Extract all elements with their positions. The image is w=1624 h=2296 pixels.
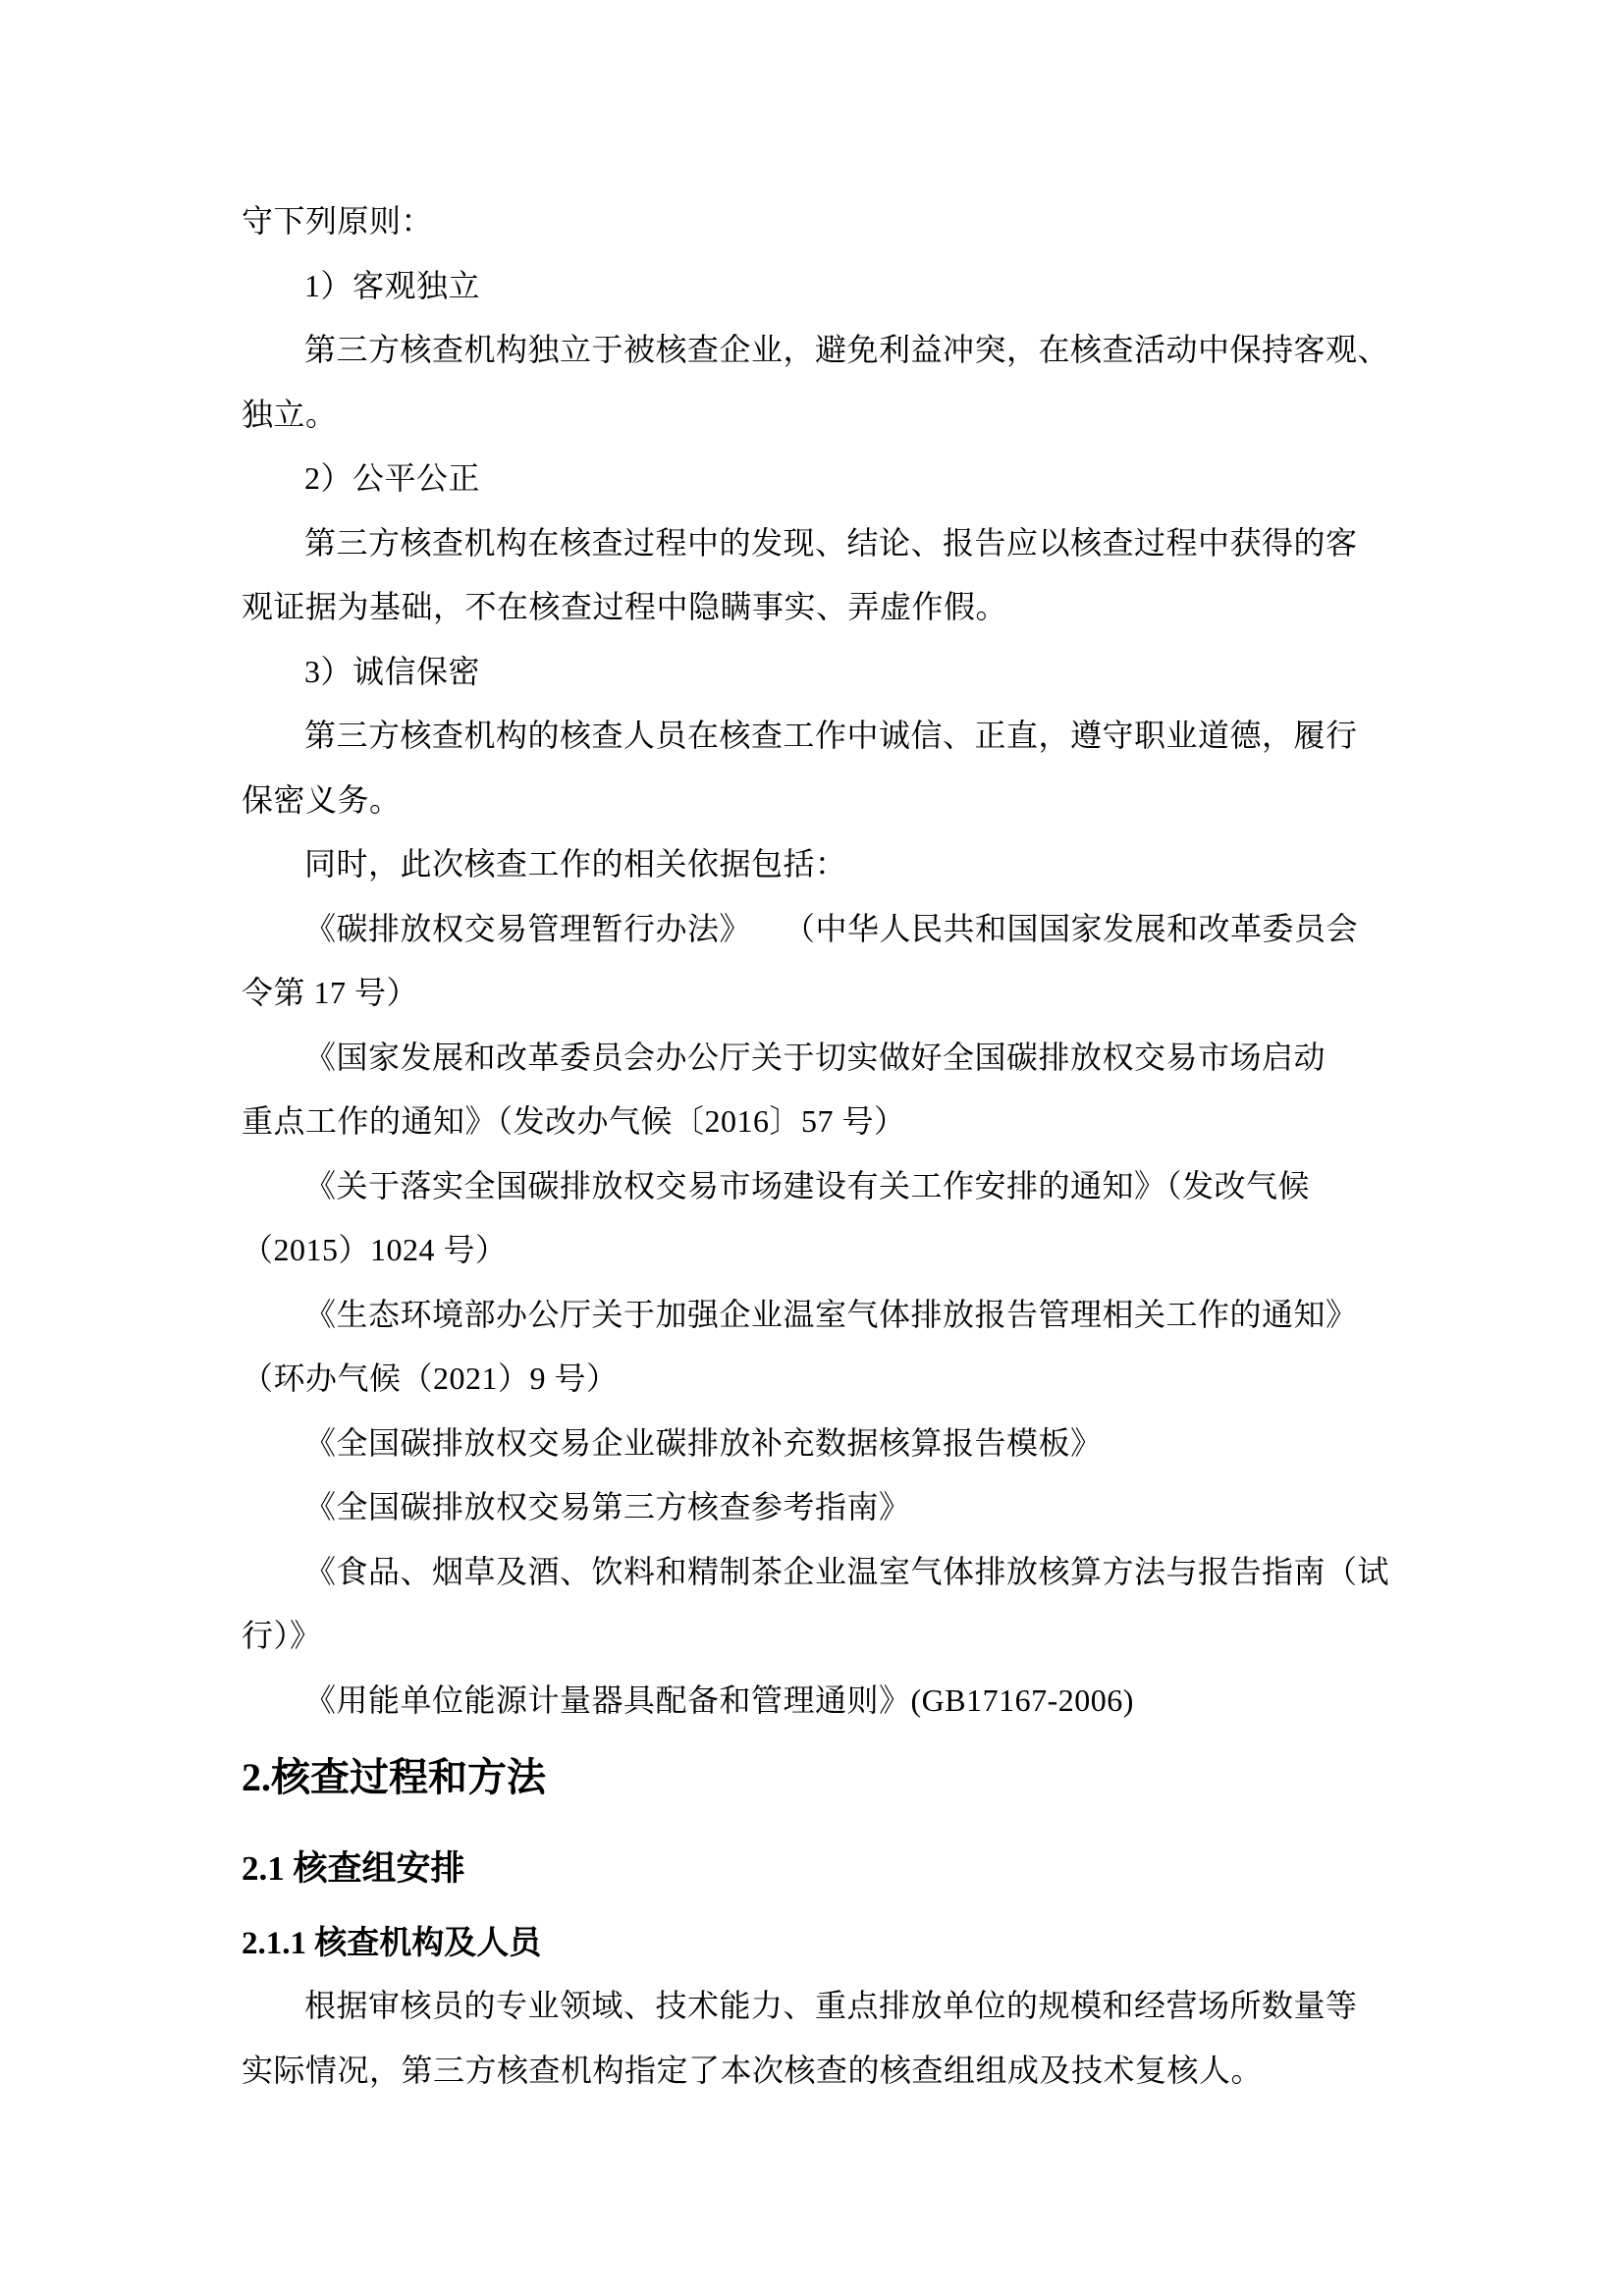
text-line: 令第 17 号）	[242, 961, 1380, 1026]
text-line: 《碳排放权交易管理暂行办法》 （中华人民共和国国家发展和改革委员会	[242, 897, 1380, 962]
text-line: 《生态环境部办公厅关于加强企业温室气体排放报告管理相关工作的通知》	[242, 1283, 1380, 1348]
text-line: 守下列原则：	[242, 189, 1380, 254]
document-page: 守下列原则：1）客观独立第三方核查机构独立于被核查企业，避免利益冲突，在核查活动…	[0, 0, 1624, 2296]
text-line: 观证据为基础，不在核查过程中隐瞒事实、弄虚作假。	[242, 575, 1380, 640]
text-line: 根据审核员的专业领域、技术能力、重点排放单位的规模和经营场所数量等	[242, 1974, 1380, 2039]
text-line: 独立。	[242, 383, 1380, 448]
text-line: 《国家发展和改革委员会办公厅关于切实做好全国碳排放权交易市场启动	[242, 1026, 1380, 1091]
subsubsection-heading-2-1-1: 2.1.1 核查机构及人员	[242, 1923, 1380, 1964]
text-line: 第三方核查机构在核查过程中的发现、结论、报告应以核查过程中获得的客	[242, 511, 1380, 576]
paragraph-block-principles-and-references: 守下列原则：1）客观独立第三方核查机构独立于被核查企业，避免利益冲突，在核查活动…	[242, 189, 1380, 1733]
text-line: 《全国碳排放权交易企业碳排放补充数据核算报告模板》	[242, 1412, 1380, 1476]
text-line: 同时，此次核查工作的相关依据包括：	[242, 832, 1380, 897]
text-line: 第三方核查机构的核查人员在核查工作中诚信、正直，遵守职业道德，履行	[242, 704, 1380, 769]
text-line: 1）客观独立	[242, 254, 1380, 319]
text-line: 《关于落实全国碳排放权交易市场建设有关工作安排的通知》（发改气候	[242, 1154, 1380, 1219]
text-line: 实际情况，第三方核查机构指定了本次核查的核查组组成及技术复核人。	[242, 2039, 1380, 2104]
text-line: 《用能单位能源计量器具配备和管理通则》(GB17167-2006)	[242, 1669, 1380, 1734]
text-line: （2015）1024 号）	[242, 1218, 1380, 1283]
text-line: 行）》	[242, 1604, 1380, 1669]
text-line: 2）公平公正	[242, 447, 1380, 511]
text-line: 《全国碳排放权交易第三方核查参考指南》	[242, 1475, 1380, 1540]
section-heading-2: 2.核查过程和方法	[242, 1754, 1380, 1801]
text-line: 保密义务。	[242, 769, 1380, 833]
text-line: 《食品、烟草及酒、饮料和精制茶企业温室气体排放核算方法与报告指南（试	[242, 1540, 1380, 1605]
text-line: 3）诚信保密	[242, 640, 1380, 705]
text-line: 重点工作的通知》（发改办气候〔2016〕57 号）	[242, 1090, 1380, 1154]
text-line: （环办气候（2021）9 号）	[242, 1347, 1380, 1412]
paragraph-block-team-arrangement: 根据审核员的专业领域、技术能力、重点排放单位的规模和经营场所数量等实际情况，第三…	[242, 1974, 1380, 2103]
subsection-heading-2-1: 2.1 核查组安排	[242, 1847, 1380, 1891]
text-line: 第三方核查机构独立于被核查企业，避免利益冲突，在核查活动中保持客观、	[242, 318, 1380, 383]
